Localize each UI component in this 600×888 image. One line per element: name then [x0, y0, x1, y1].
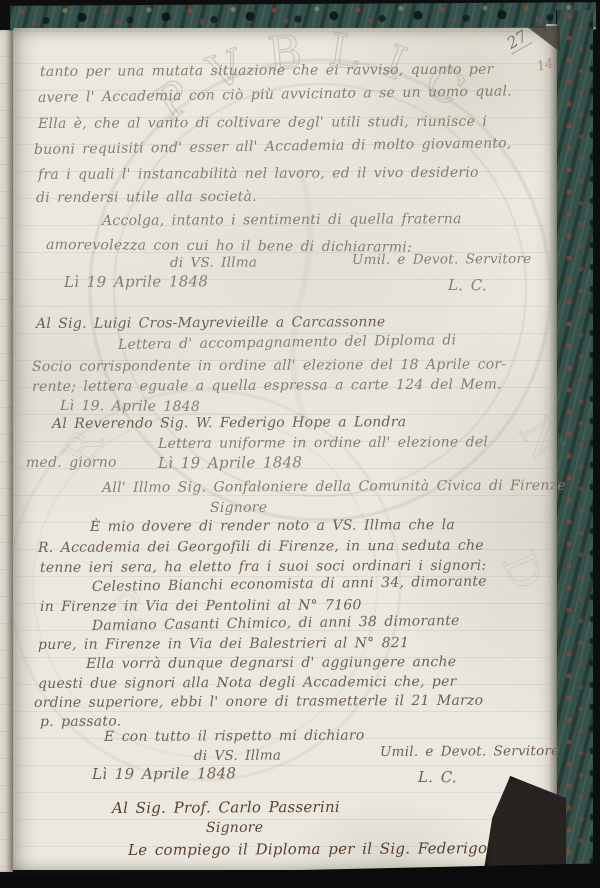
manuscript-line: Al Sig. Luigi Cros-Mayrevieille a Carcas…	[36, 314, 386, 332]
manuscript-line: È mio dovere di render noto a VS. Illma …	[90, 517, 455, 535]
manuscript-line: buoni requisiti ond' esser all' Accademi…	[34, 135, 512, 158]
manuscript-line: R. Accademia dei Georgofili di Firenze, …	[38, 538, 484, 556]
manuscript-line: Lettera uniforme in ordine all' elezione…	[158, 434, 488, 452]
handwriting-layer: tanto per una mutata situazione che ei r…	[0, 0, 600, 888]
manuscript-photo: PVBLIC R P N D tanto per una mutata situ…	[0, 0, 600, 888]
manuscript-line: Lì 19 Aprile 1848	[158, 453, 302, 472]
manuscript-line: Al Reverendo Sig. W. Federigo Hope a Lon…	[52, 414, 406, 432]
manuscript-line: Socio corrispondente in ordine all' elez…	[32, 357, 506, 375]
manuscript-line: med. giorno	[26, 455, 117, 471]
manuscript-line: fra i quali l' instancabilità nel lavoro…	[38, 165, 479, 183]
manuscript-line: Umil. e Devot. Servitore	[380, 743, 559, 760]
manuscript-line: L. C.	[418, 768, 457, 786]
manuscript-line: Ella vorrà dunque degnarsi d' aggiungere…	[86, 654, 456, 672]
manuscript-line: avere l' Accademia con ciò più avvicinat…	[38, 83, 512, 106]
manuscript-line: Lì 19 Aprile 1848	[92, 764, 236, 783]
manuscript-line: ordine superiore, ebbi l' onore di trasm…	[34, 693, 483, 711]
manuscript-line: in Firenze in Via dei Pentolini al N° 71…	[40, 597, 362, 615]
manuscript-line: questi due signori alla Nota degli Accad…	[38, 674, 457, 692]
manuscript-line: Umil. e Devot. Servitore	[352, 251, 531, 268]
manuscript-line: tenne ieri sera, ha eletto fra i suoi so…	[40, 558, 487, 576]
manuscript-line: tanto per una mutata situazione che ei r…	[40, 62, 494, 80]
manuscript-line: di rendersi utile alla società.	[36, 189, 257, 206]
manuscript-line: Celestino Bianchi economista di anni 34,…	[92, 573, 487, 595]
manuscript-line: E con tutto il rispetto mi dichiaro	[104, 728, 365, 745]
manuscript-line: Signore	[210, 500, 267, 516]
manuscript-line: Lì 19 Aprile 1848	[64, 272, 208, 291]
manuscript-line: pure, in Firenze in Via dei Balestrieri …	[38, 635, 409, 653]
manuscript-line: Accolga, intanto i sentimenti di quella …	[102, 211, 462, 229]
manuscript-line: p. passato.	[40, 714, 121, 730]
manuscript-line: rente; lettera eguale a quella espressa …	[32, 377, 502, 395]
manuscript-line: L. C.	[448, 276, 487, 294]
manuscript-line: Signore	[206, 820, 263, 836]
manuscript-line: Lì 19. Aprile 1848	[60, 398, 200, 415]
manuscript-line: Ella è, che al vanto di coltivare degl' …	[38, 114, 487, 132]
manuscript-line: Le compiego il Diploma per il Sig. Feder…	[128, 839, 487, 859]
manuscript-line: Al Sig. Prof. Carlo Passerini	[112, 798, 340, 817]
manuscript-line: Damiano Casanti Chimico, di anni 38 dimo…	[92, 613, 460, 634]
manuscript-line: All' Illmo Sig. Gonfaloniere della Comun…	[102, 478, 566, 496]
manuscript-line: Lettera d' accompagnamento del Diploma d…	[118, 332, 457, 353]
manuscript-line: di VS. Illma	[194, 748, 281, 764]
manuscript-line: di VS. Illma	[170, 255, 257, 271]
